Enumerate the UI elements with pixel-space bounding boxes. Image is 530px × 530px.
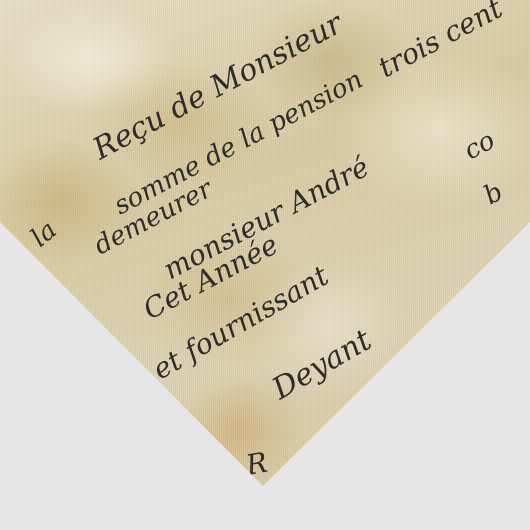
handwriting-line: co bbox=[459, 126, 500, 167]
handwriting-overlay: Reçu de Monsieurtrois centsomme de la pe… bbox=[0, 0, 530, 530]
handwriting-line: b bbox=[479, 177, 508, 211]
handwriting-line: la bbox=[25, 215, 63, 253]
handwriting-line: R bbox=[243, 446, 270, 482]
product-photo: Reçu de Monsieurtrois centsomme de la pe… bbox=[0, 0, 530, 530]
handwriting-line: Deyant bbox=[266, 322, 379, 407]
handwriting-line: trois cent bbox=[373, 0, 509, 84]
